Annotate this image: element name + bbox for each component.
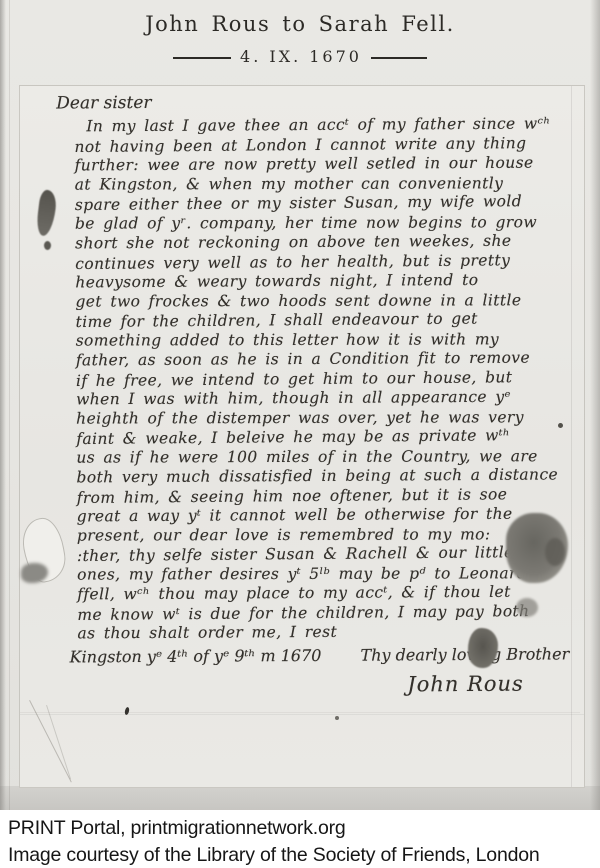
letter-line: be glad of yʳ. company, her time now beg…	[75, 213, 583, 234]
photo-edge-shadow-left	[0, 0, 6, 810]
letter-heading: John Rous to Sarah Fell. 4. IX. 1670	[0, 12, 600, 66]
photo-edge-shadow-right	[590, 0, 600, 810]
letter-line: if he free, we intend to get him to our …	[76, 367, 584, 391]
ink-blot-right-small	[516, 598, 538, 617]
caption-credit: Image courtesy of the Library of the Soc…	[8, 842, 600, 868]
letter-line: us as if he were 100 miles of in the Cou…	[76, 447, 584, 468]
caption-portal: PRINT Portal, printmigrationnetwork.org	[8, 815, 600, 842]
letter-date: 4. IX. 1670	[240, 47, 362, 66]
mount-page-edge	[9, 0, 10, 810]
letter-line: something added to this letter how it is…	[76, 330, 584, 351]
letter-sheet: Dear sister In my last I gave thee an ac…	[19, 85, 585, 788]
ink-blot-right-dark-center	[545, 538, 565, 566]
letter-line: me know wᵗ is due for the children, I ma…	[77, 601, 585, 625]
letter-date-row: 4. IX. 1670	[0, 47, 600, 66]
screenshot: John Rous to Sarah Fell. 4. IX. 1670 Dea…	[0, 0, 600, 868]
letter-title: John Rous to Sarah Fell.	[0, 12, 600, 36]
fold-line-horizontal	[20, 714, 584, 715]
ink-speck-bottom-center	[335, 716, 339, 720]
crease-line-horizontal	[20, 712, 580, 713]
salutation: Dear sister	[56, 90, 582, 117]
letter-line: spare either thee or my sister Susan, my…	[75, 192, 583, 216]
ink-speck-left	[44, 241, 51, 250]
letter-body: Dear sister In my last I gave thee an ac…	[18, 84, 586, 698]
letter-line: faint & weake, I beleive he may be as pr…	[76, 426, 584, 450]
signature: John Rous	[78, 671, 524, 698]
letter-line: not having been at London I cannot write…	[74, 133, 582, 157]
ink-speck-right-edge	[558, 423, 563, 428]
date-rule-left	[173, 57, 231, 59]
letter-closing: Thy dearly loving Brother	[360, 644, 569, 664]
manuscript-photo: John Rous to Sarah Fell. 4. IX. 1670 Dea…	[0, 0, 600, 810]
caption-bar: PRINT Portal, printmigrationnetwork.org …	[0, 810, 600, 868]
signoff-row: Kingston yᵉ 4ᵗʰ of yᵉ 9ᵗʰ m 1670 Thy dea…	[78, 644, 586, 666]
date-rule-right	[371, 57, 427, 59]
photo-edge-shadow-bottom	[0, 786, 600, 810]
letter-line: time for the children, I shall endeavour…	[75, 309, 583, 333]
letter-line: from him, & seeing him noe oftener, but …	[77, 484, 585, 508]
letter-dateline: Kingston yᵉ 4ᵗʰ of yᵉ 9ᵗʰ m 1670	[70, 645, 322, 666]
letter-line: continues very well as to her health, bu…	[75, 250, 583, 274]
